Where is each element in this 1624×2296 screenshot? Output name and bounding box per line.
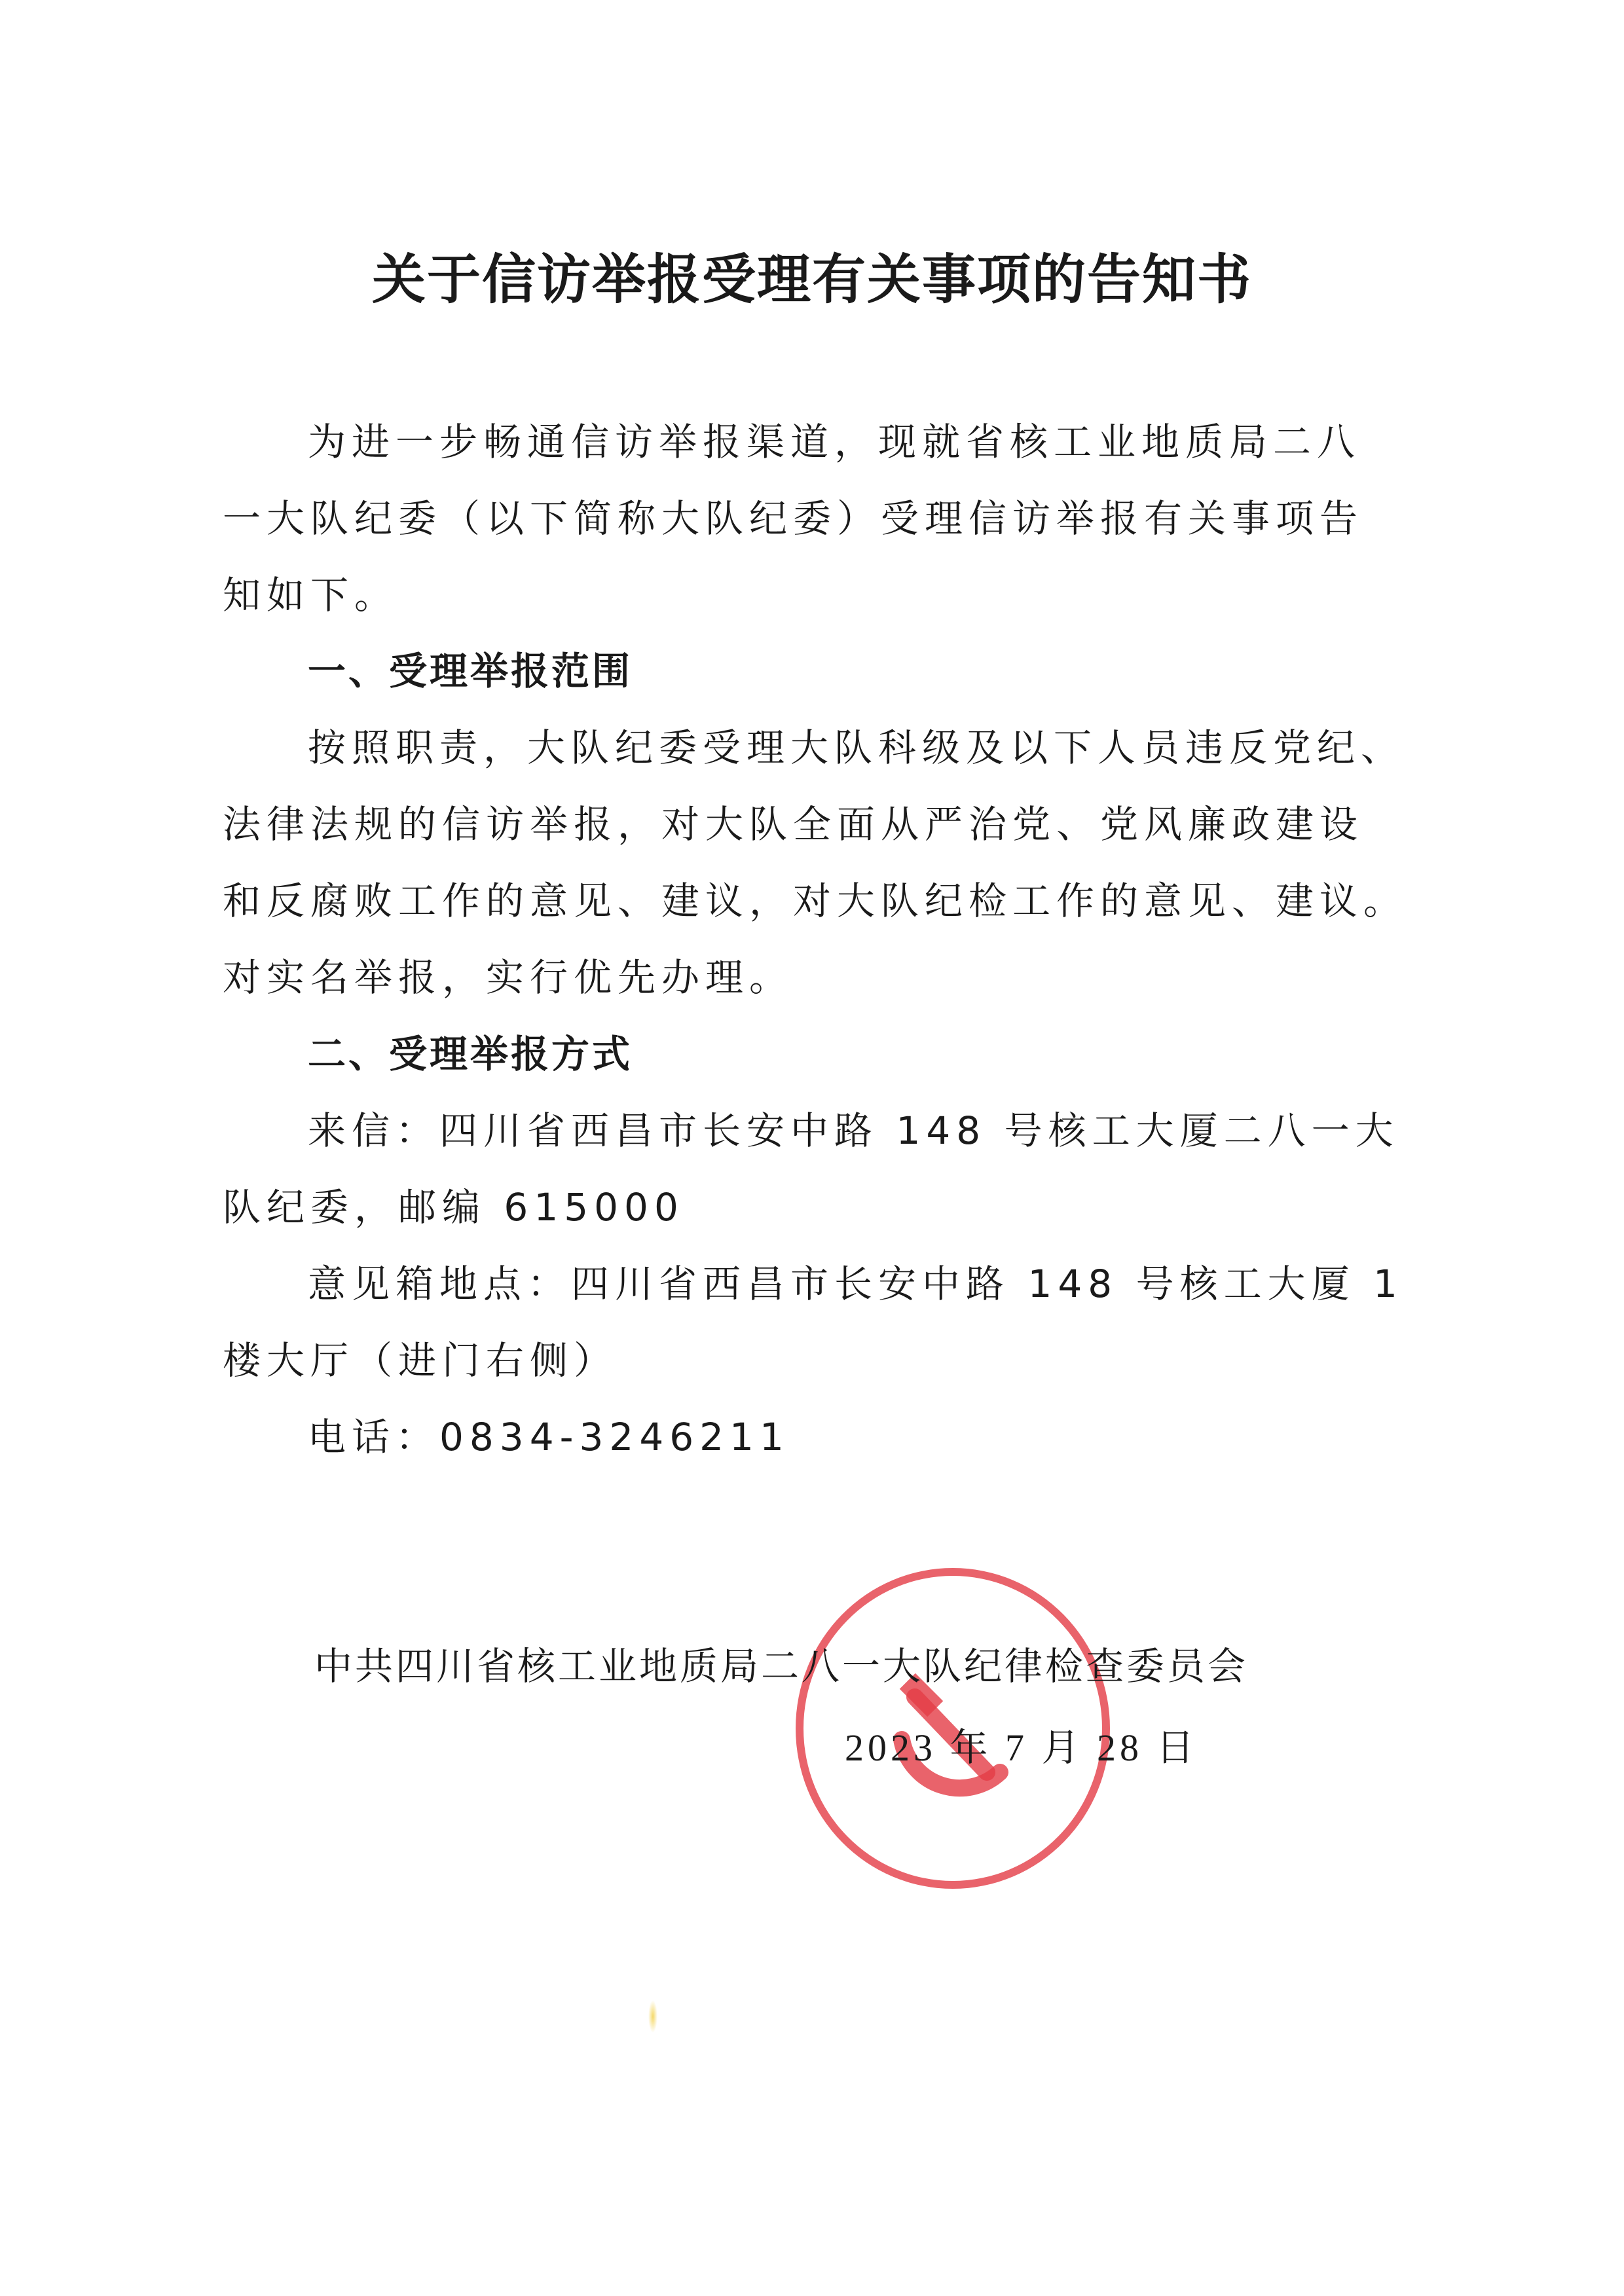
section1-line-1: 按照职责，大队纪委受理大队科级及以下人员违反党纪、 — [308, 725, 1405, 771]
scan-artifact — [648, 2000, 657, 2033]
section1-heading: 一、受理举报范围 — [308, 648, 633, 694]
section2-line-mailbox: 意见箱地点：四川省西昌市长安中路 148 号核工大厦 1 — [308, 1261, 1403, 1307]
document-page: 关于信访举报受理有关事项的告知书 为进一步畅通信访举报渠道，现就省核工业地质局二… — [0, 0, 1624, 2296]
intro-line-3: 知如下。 — [223, 572, 398, 618]
signature-date: 2023 年 7 月 28 日 — [845, 1725, 1198, 1771]
intro-line-2: 一大队纪委（以下简称大队纪委）受理信访举报有关事项告 — [223, 496, 1363, 541]
section1-line-3: 和反腐败工作的意见、建议，对大队纪检工作的意见、建议。 — [223, 878, 1407, 924]
intro-line-1: 为进一步畅通信访举报渠道，现就省核工业地质局二八 — [308, 419, 1361, 465]
section1-line-2: 法律法规的信访举报，对大队全面从严治党、党风廉政建设 — [223, 801, 1363, 847]
section1-line-4: 对实名举报，实行优先办理。 — [223, 955, 793, 1000]
section2-line-phone: 电话：0834-3246211 — [308, 1414, 790, 1460]
section2-heading: 二、受理举报方式 — [308, 1031, 633, 1077]
signature-organization: 中共四川省核工业地质局二八一大队纪律检查委员会 — [314, 1643, 1248, 1689]
section2-line-postcode: 队纪委，邮编 615000 — [223, 1184, 684, 1230]
section2-line-mailbox-cont: 楼大厅（进门右侧） — [223, 1338, 618, 1383]
section2-line-mail: 来信：四川省西昌市长安中路 148 号核工大厦二八一大 — [308, 1108, 1399, 1154]
document-title: 关于信访举报受理有关事项的告知书 — [0, 237, 1624, 314]
